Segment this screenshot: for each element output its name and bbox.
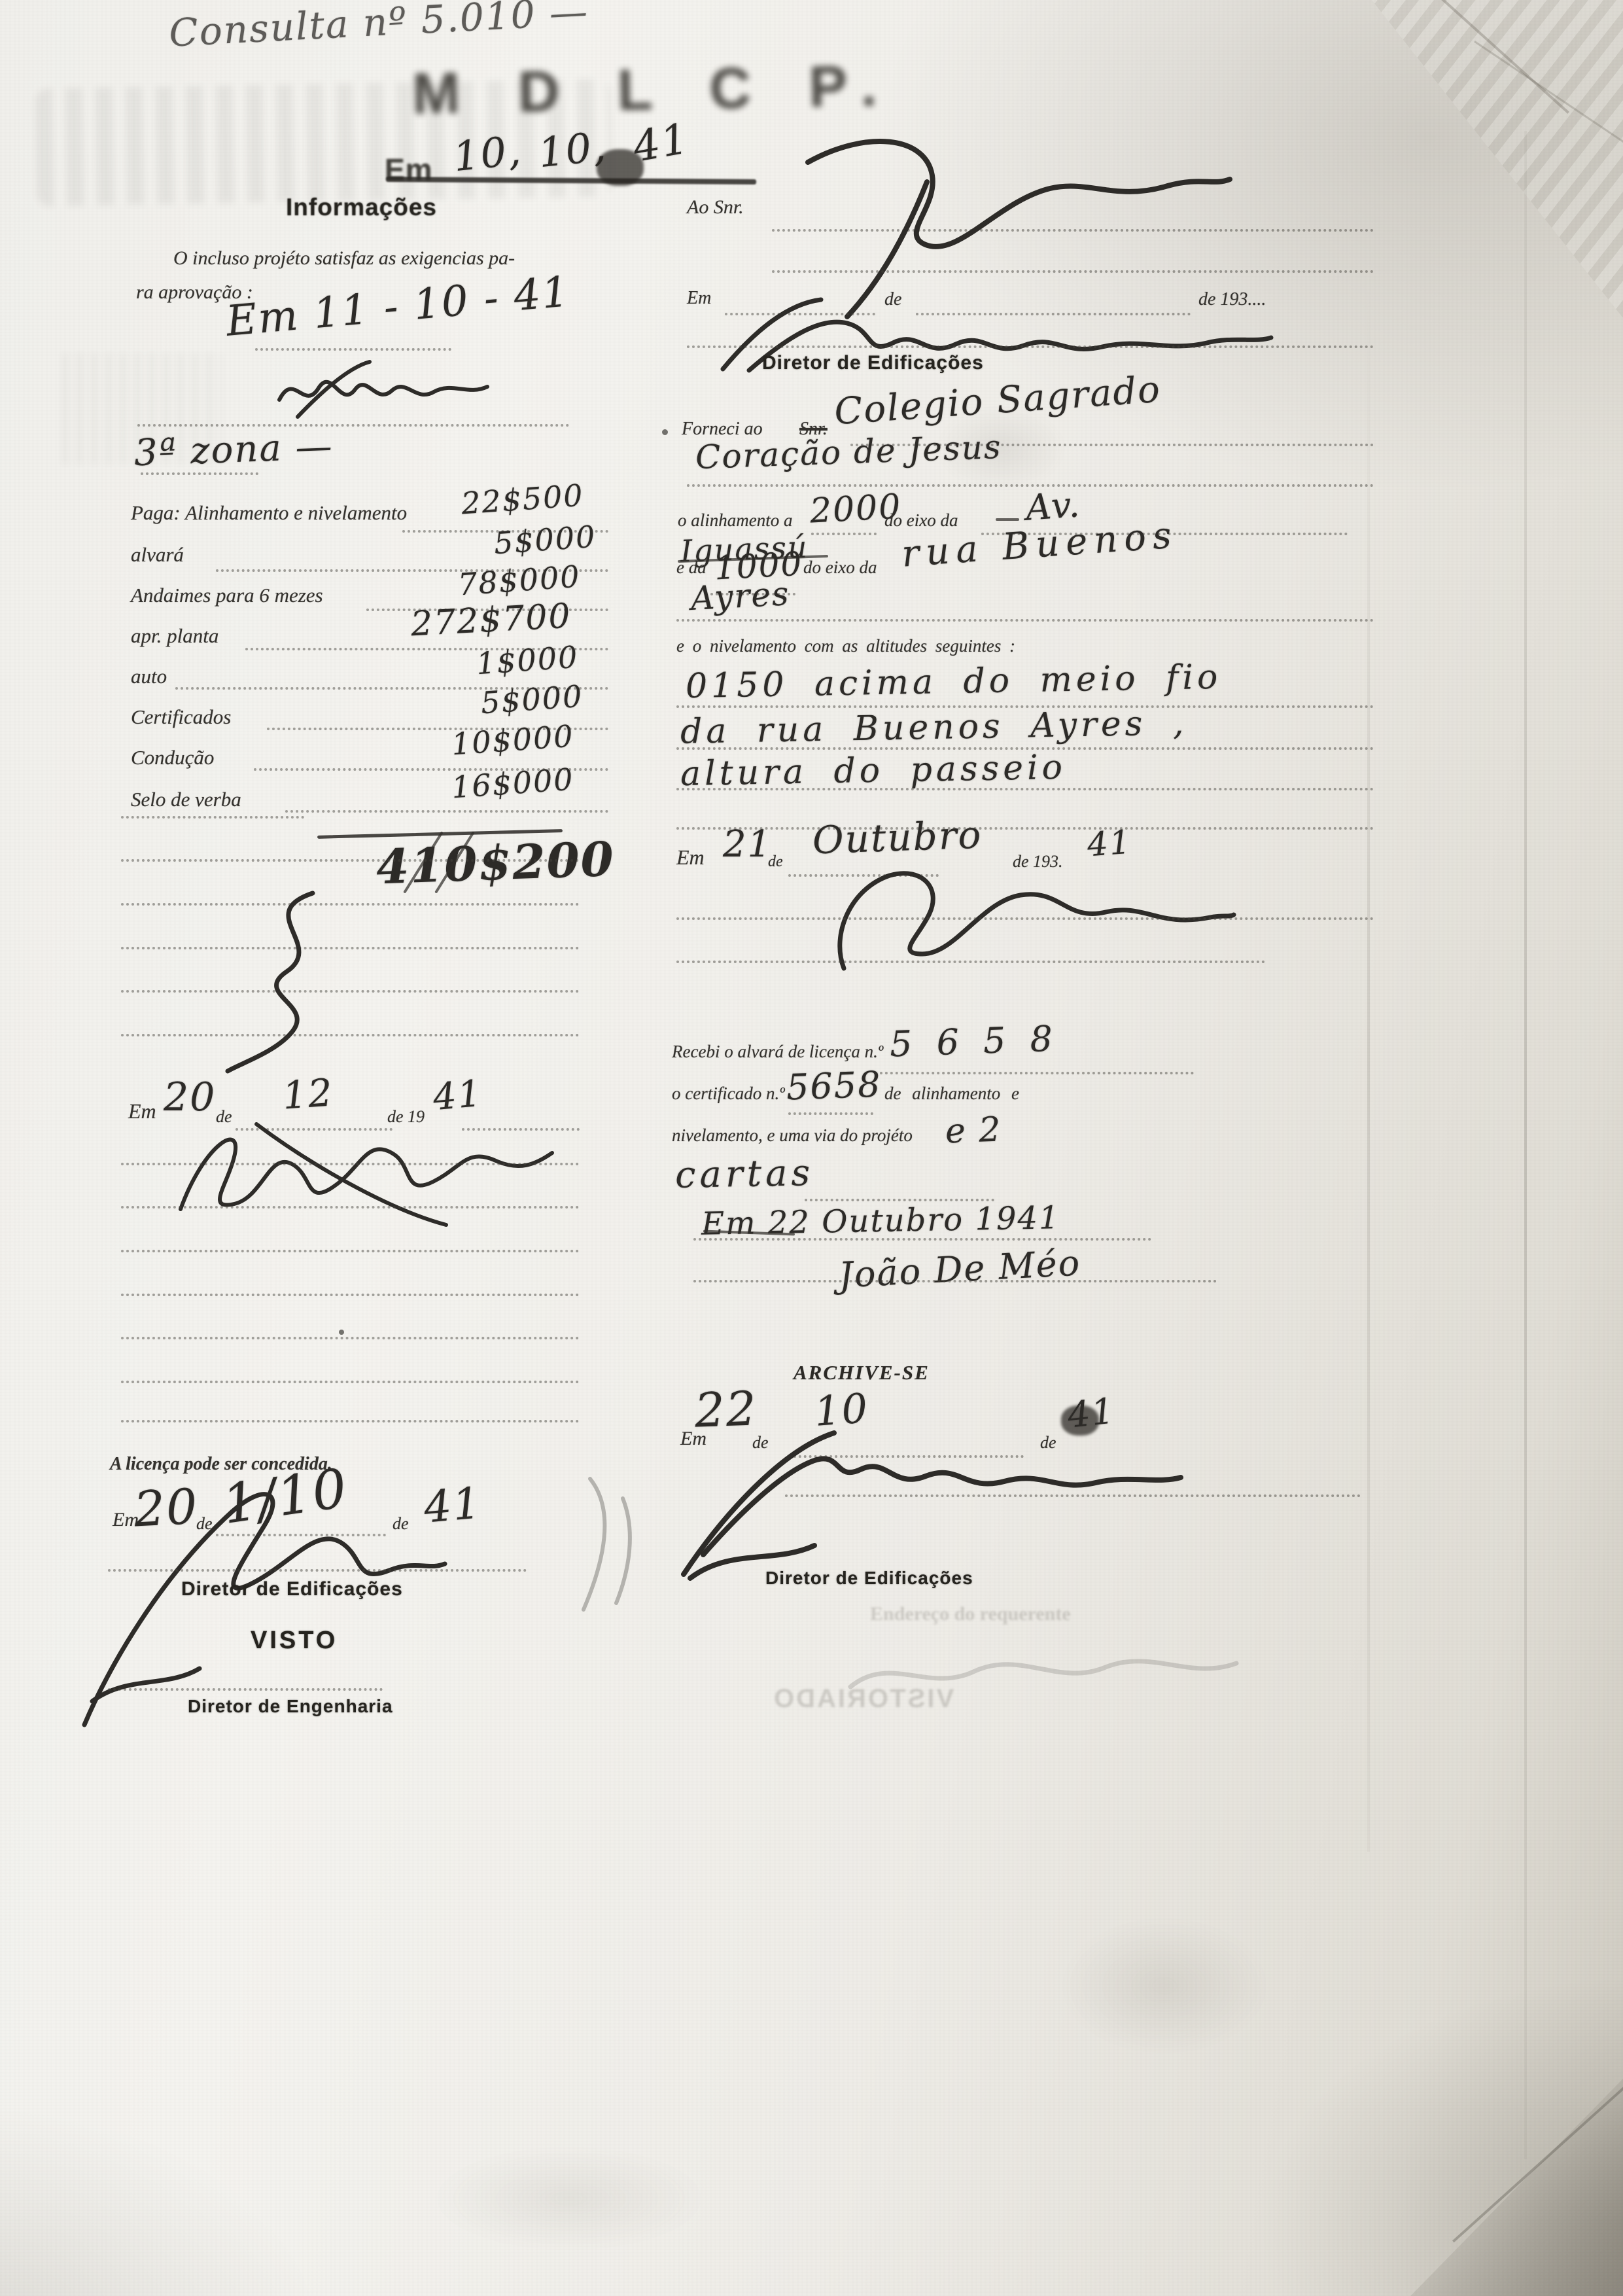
recebi-line1: Recebi o alvará de licença n.º (672, 1042, 883, 1062)
fill-line (676, 619, 1374, 622)
recebi-line2a: o certificado n.º (672, 1084, 785, 1104)
director-edificacoes-label-bottom-right: Diretor de Edificações (765, 1568, 973, 1589)
fill-line (687, 345, 1374, 348)
nivelamento-line1: 0150 acima do meio fio (686, 658, 1222, 706)
receipt-date-handwritten: Em 22 Outubro 1941 (701, 1199, 1061, 1243)
archive-se-label: ARCHIVE-SE (794, 1361, 930, 1385)
fill-line (788, 1112, 873, 1115)
list-bullet (662, 429, 668, 435)
fill-line (676, 917, 1374, 920)
fee-line (285, 810, 608, 813)
director-edificacoes-label-left: Diretor de Edificações (181, 1578, 403, 1600)
fee-label: Certificados (131, 705, 231, 729)
fold-line-vertical (1367, 281, 1370, 1852)
fill-line (121, 1206, 579, 1209)
archive-se-text: ARCHIVE-SE (794, 1361, 930, 1384)
fill-line (108, 1569, 527, 1572)
fill-line (121, 1163, 579, 1165)
fee-value: 5$000 (493, 519, 597, 561)
dispatch-date-em: Em (687, 288, 711, 309)
fee-label: Selo de verba (131, 788, 241, 811)
clerk-signature (171, 1104, 557, 1229)
fee-label: Paga: Alinhamento e nivelamento (131, 501, 407, 525)
fee-label: alvará (131, 543, 184, 567)
ghost-vistoriado-label: VISTORIADO (772, 1684, 954, 1713)
fill-line (676, 788, 1374, 790)
fill-line (811, 533, 877, 535)
addressee-name-signature (710, 123, 1240, 319)
fee-label: apr. planta (131, 624, 218, 648)
fill-line (785, 1494, 1361, 1497)
receipt-signature-name: João De Méo (838, 1242, 1082, 1296)
crumple-top-right-corner (1236, 0, 1623, 353)
stamp-year-handwritten: 41 (629, 115, 693, 172)
oct-date-day: 21 (723, 823, 772, 866)
fill-line (141, 472, 258, 475)
fill-line (121, 1250, 579, 1252)
fee-value: 1$000 (475, 639, 580, 682)
fill-line (693, 1280, 1217, 1282)
extra-copies-word-handwritten: cartas (674, 1152, 814, 1197)
fill-line (121, 1381, 579, 1383)
nivelamento-label: e o nivelamento com as altitudes seguint… (676, 636, 1015, 656)
stray-ink-dot (339, 1330, 344, 1335)
informacoes-section-title: Informações (286, 194, 437, 221)
oct-date-em: Em (676, 845, 705, 870)
fill-line (121, 816, 304, 819)
stamp-day-handwritten: 10, (451, 126, 524, 181)
consulta-number-note: Consulta nº 5.010 — (168, 0, 590, 56)
dash-before-av (996, 518, 1019, 521)
ghost-handwriting-left-of-signature (564, 1472, 662, 1616)
fee-value: 22$500 (460, 478, 585, 521)
fold-line-vertical-2 (1524, 131, 1527, 2159)
stain-1 (1060, 1917, 1269, 2055)
eixo2-value-street-2: Ayres (690, 574, 791, 618)
fee-label: Andaimes para 6 mezes (131, 584, 323, 607)
oct-date-month: Outubro (812, 812, 983, 862)
director-edificacoes-label-top-right: Diretor de Edificações (762, 352, 984, 374)
approval-signature (271, 357, 494, 422)
oct-date-de1: de (768, 853, 783, 871)
fill-line (255, 348, 451, 351)
department-initials-stamp: M D L C P. (411, 52, 898, 128)
ghost-endereco-label: Endereço do requerente (870, 1603, 1071, 1625)
ledger-flourish-mark (215, 887, 339, 1076)
visto-label: VISTO (251, 1627, 338, 1655)
fill-line (121, 903, 579, 906)
nivelamento-line3: altura do passeio (680, 748, 1067, 794)
license-number-handwritten: 5 6 5 8 (889, 1018, 1060, 1065)
fill-line (108, 1688, 383, 1691)
fill-line (121, 990, 579, 993)
eixo-label-1: do eixo da (884, 510, 958, 531)
approval-date-handwritten: Em 11 - 10 - 41 (224, 268, 572, 346)
fill-line (880, 1072, 1194, 1074)
info-date-em: Em (128, 1099, 156, 1123)
fill-line (676, 827, 1374, 830)
nivelamento-line2: da rua Buenos Ayres , (680, 703, 1188, 752)
scanned-permit-form-page: Consulta nº 5.010 — M D L C P. Em 10, 10… (0, 0, 1623, 2296)
fill-line (772, 270, 1374, 273)
fill-line (121, 1337, 579, 1339)
fill-line (121, 1034, 579, 1036)
e-da-label: e da (676, 557, 707, 578)
director-engenharia-label: Diretor de Engenharia (188, 1696, 393, 1717)
fee-value: 78$000 (457, 559, 582, 603)
corner-fold-bottom-right (1387, 2055, 1623, 2296)
ghost-endereco-text: Endereço do requerente (870, 1603, 1071, 1625)
fill-line (121, 859, 579, 862)
intro-text-line1: O incluso projéto satisfaz as exigencias… (173, 247, 515, 270)
fill-line (121, 1294, 579, 1296)
stain-2 (432, 2146, 707, 2251)
eixo-label-2: do eixo da (803, 557, 877, 578)
fill-line (137, 424, 569, 427)
fees-total-handwritten: 410$200 (375, 831, 616, 895)
director-signature-archive (664, 1424, 1187, 1581)
fill-line (693, 1238, 1151, 1241)
fee-label: Condução (131, 746, 214, 769)
zone-note-handwritten: 3ª zona — (133, 425, 334, 475)
oct-date-year: 41 (1086, 823, 1133, 864)
recebi-line3: nivelamento, e uma via do projéto (672, 1125, 913, 1146)
certificate-number-handwritten: 5658 (786, 1063, 882, 1108)
fill-line (676, 961, 1265, 963)
extra-copies-handwritten: e 2 (945, 1110, 1002, 1152)
recebi-line2b: de alinhamento e (884, 1084, 1019, 1104)
fill-line (121, 1420, 579, 1422)
fee-value: 272$700 (410, 597, 572, 645)
fee-label: auto (131, 665, 167, 688)
alinhamento-label: o alinhamento a (678, 510, 793, 531)
ghost-vistoriado-text: VISTORIADO (772, 1684, 954, 1714)
fill-line (121, 947, 579, 949)
fee-value: 10$000 (450, 718, 575, 762)
fee-value: 5$000 (480, 679, 584, 721)
fee-value: 16$000 (450, 762, 575, 805)
